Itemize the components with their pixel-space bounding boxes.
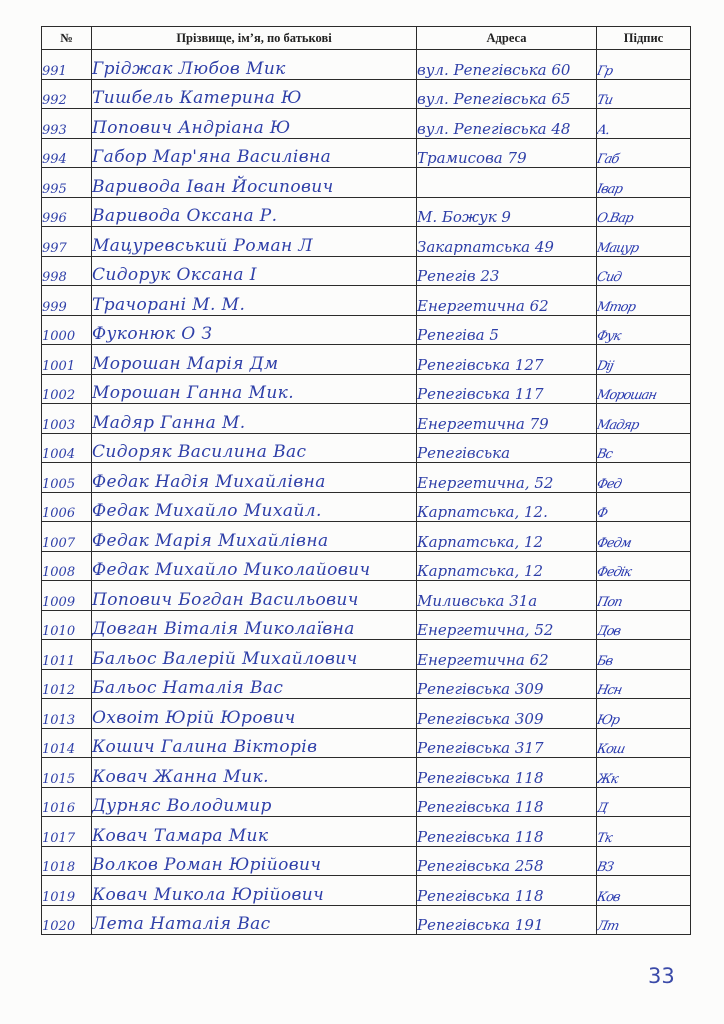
row-full-name: Ковач Микола Юрійович <box>92 876 417 906</box>
table-row: 997Мацуревський Роман ЛЗакарпатська 49Ма… <box>42 227 691 257</box>
row-full-name: Охвоіт Юрій Юрович <box>92 699 417 729</box>
handwritten-signature: Сид <box>597 270 623 285</box>
row-full-name: Бальос Валерій Михайлович <box>92 640 417 670</box>
handwritten-signature: Бв <box>597 654 614 669</box>
row-number: 1009 <box>42 581 92 611</box>
table-row: 995Варивода Іван ЙосиповичІвар <box>42 168 691 198</box>
row-signature: Мадяр <box>597 404 691 434</box>
table-row: 1000Фуконюк О ЗРепегіва 5Фук <box>42 315 691 345</box>
row-signature: А. <box>597 109 691 139</box>
header-signature: Підпис <box>597 27 691 50</box>
row-signature: Жк <box>597 758 691 788</box>
row-full-name: Морошан Марія Дм <box>92 345 417 375</box>
row-full-name: Габор Мар'яна Василівна <box>92 138 417 168</box>
table-row: 1016Дурняс ВолодимирРепегівська 118Д <box>42 787 691 817</box>
handwritten-signature: Федік <box>597 565 633 580</box>
row-signature: ВЗ <box>597 846 691 876</box>
signature-table: № Прізвище, ім’я, по батькові Адреса Під… <box>41 26 691 935</box>
handwritten-signature: Гр <box>597 64 614 79</box>
handwritten-signature: Вс <box>597 447 614 462</box>
table-row: 1005Федак Надія МихайлівнаЕнергетична, 5… <box>42 463 691 493</box>
row-number: 999 <box>42 286 92 316</box>
handwritten-signature: Поп <box>597 595 624 610</box>
row-full-name: Мацуревський Роман Л <box>92 227 417 257</box>
row-address: Закарпатська 49 <box>417 227 597 257</box>
row-signature: Вс <box>597 433 691 463</box>
table-row: 1011Бальос Валерій МихайловичЕнергетична… <box>42 640 691 670</box>
row-signature: Д <box>597 787 691 817</box>
table-row: 1002Морошан Ганна Мик.Репегівська 117Мор… <box>42 374 691 404</box>
row-address: Репегівська 309 <box>417 699 597 729</box>
handwritten-signature: Івар <box>597 182 624 197</box>
row-signature: Сид <box>597 256 691 286</box>
handwritten-signature: Мтор <box>597 300 637 315</box>
row-number: 1020 <box>42 905 92 935</box>
row-address: Репегівська 118 <box>417 787 597 817</box>
row-number: 1012 <box>42 669 92 699</box>
row-signature: Ти <box>597 79 691 109</box>
row-full-name: Варивода Іван Йосипович <box>92 168 417 198</box>
row-number: 1015 <box>42 758 92 788</box>
row-full-name: Гріджак Любов Мик <box>92 50 417 80</box>
row-signature: Нсн <box>597 669 691 699</box>
table-row: 1007Федак Марія МихайлівнаКарпатська, 12… <box>42 522 691 552</box>
handwritten-signature: А. <box>597 123 611 138</box>
row-number: 1018 <box>42 846 92 876</box>
handwritten-signature: Фед <box>597 477 623 492</box>
handwritten-signature: Кош <box>597 742 626 757</box>
table-row: 1008Федак Михайло МиколайовичКарпатська,… <box>42 551 691 581</box>
row-address: Репегівська 309 <box>417 669 597 699</box>
handwritten-signature: Федм <box>597 536 633 551</box>
row-signature: О.Вар <box>597 197 691 227</box>
table-row: 1019Ковач Микола ЮрійовичРепегівська 118… <box>42 876 691 906</box>
row-signature: Морошан <box>597 374 691 404</box>
table-row: 996Варивода Оксана Р.М. Божук 9О.Вар <box>42 197 691 227</box>
row-signature: Фук <box>597 315 691 345</box>
table-row: 1014Кошич Галина ВікторівРепегівська 317… <box>42 728 691 758</box>
row-number: 991 <box>42 50 92 80</box>
table-row: 1009Попович Богдан ВасильовичМиливська 3… <box>42 581 691 611</box>
row-number: 996 <box>42 197 92 227</box>
row-address: Репегівська 258 <box>417 846 597 876</box>
row-full-name: Морошан Ганна Мик. <box>92 374 417 404</box>
row-address: Репегіва 5 <box>417 315 597 345</box>
row-full-name: Трачорані М. М. <box>92 286 417 316</box>
table-row: 1013Охвоіт Юрій ЮровичРепегівська 309Юр <box>42 699 691 729</box>
row-address: Репегівська 118 <box>417 876 597 906</box>
handwritten-signature: Мацур <box>597 241 640 256</box>
row-full-name: Бальос Наталія Вас <box>92 669 417 699</box>
table-row: 1001Морошан Марія ДмРепегівська 127Dij <box>42 345 691 375</box>
row-signature: Тк <box>597 817 691 847</box>
row-number: 1010 <box>42 610 92 640</box>
row-number: 1011 <box>42 640 92 670</box>
row-number: 1003 <box>42 404 92 434</box>
row-address: Репегівська 118 <box>417 758 597 788</box>
row-address: Репегів 23 <box>417 256 597 286</box>
row-full-name: Ковач Тамара Мик <box>92 817 417 847</box>
row-address: вул. Репегівська 60 <box>417 50 597 80</box>
table-row: 1015Ковач Жанна Мик.Репегівська 118Жк <box>42 758 691 788</box>
row-signature: Ков <box>597 876 691 906</box>
table-row: 1010Довган Віталія МиколаївнаЕнергетична… <box>42 610 691 640</box>
row-signature: Габ <box>597 138 691 168</box>
row-number: 995 <box>42 168 92 198</box>
handwritten-signature: Фук <box>597 329 622 344</box>
row-address: Енергетична 79 <box>417 404 597 434</box>
row-number: 1002 <box>42 374 92 404</box>
handwritten-signature: Лт <box>597 919 620 934</box>
handwritten-signature: Морошан <box>597 388 658 403</box>
row-signature: Івар <box>597 168 691 198</box>
row-signature: Федм <box>597 522 691 552</box>
row-full-name: Сидорук Оксана І <box>92 256 417 286</box>
row-address: Трамисова 79 <box>417 138 597 168</box>
row-signature: Бв <box>597 640 691 670</box>
row-number: 1005 <box>42 463 92 493</box>
row-address: Репегівська 118 <box>417 817 597 847</box>
handwritten-signature: Дов <box>597 624 622 639</box>
row-full-name: Федак Михайло Михайл. <box>92 492 417 522</box>
handwritten-signature: Ков <box>597 890 622 905</box>
row-address: Репегівська 317 <box>417 728 597 758</box>
row-number: 1017 <box>42 817 92 847</box>
row-address: Репегівська <box>417 433 597 463</box>
row-address <box>417 168 597 198</box>
row-full-name: Федак Надія Михайлівна <box>92 463 417 493</box>
row-number: 1014 <box>42 728 92 758</box>
table-row: 991Гріджак Любов Миквул. Репегівська 60Г… <box>42 50 691 80</box>
table-row: 1017Ковач Тамара МикРепегівська 118Тк <box>42 817 691 847</box>
page-number: 33 <box>648 964 675 988</box>
handwritten-signature: Габ <box>597 152 620 167</box>
row-signature: Юр <box>597 699 691 729</box>
table-row: 993Попович Андріана Ювул. Репегівська 48… <box>42 109 691 139</box>
row-address: Енергетична 62 <box>417 286 597 316</box>
row-signature: Федік <box>597 551 691 581</box>
table-row: 992Тишбель Катерина Ювул. Репегівська 65… <box>42 79 691 109</box>
handwritten-signature: Д <box>597 801 609 816</box>
header-number: № <box>42 27 92 50</box>
row-full-name: Мадяр Ганна М. <box>92 404 417 434</box>
row-address: Репегівська 117 <box>417 374 597 404</box>
handwritten-signature: Ф <box>597 506 609 521</box>
handwritten-signature: Мадяр <box>597 418 640 433</box>
row-signature: Мтор <box>597 286 691 316</box>
row-address: Репегівська 191 <box>417 905 597 935</box>
row-signature: Dij <box>597 345 691 375</box>
row-number: 998 <box>42 256 92 286</box>
row-address: Енергетична 62 <box>417 640 597 670</box>
handwritten-signature: Тк <box>597 831 614 846</box>
row-full-name: Кошич Галина Вікторів <box>92 728 417 758</box>
row-signature: Гр <box>597 50 691 80</box>
table-row: 1004Сидоряк Василина ВасРепегівськаВс <box>42 433 691 463</box>
row-number: 1004 <box>42 433 92 463</box>
row-full-name: Дурняс Володимир <box>92 787 417 817</box>
table-body: 991Гріджак Любов Миквул. Репегівська 60Г… <box>42 50 691 935</box>
row-full-name: Федак Михайло Миколайович <box>92 551 417 581</box>
row-address: Карпатська, 12. <box>417 492 597 522</box>
row-address: вул. Репегівська 48 <box>417 109 597 139</box>
row-signature: Фед <box>597 463 691 493</box>
document-page: № Прізвище, ім’я, по батькові Адреса Під… <box>0 0 724 1024</box>
table-row: 1018Волков Роман ЮрійовичРепегівська 258… <box>42 846 691 876</box>
row-full-name: Лета Наталія Вас <box>92 905 417 935</box>
row-address: Енергетична, 52 <box>417 610 597 640</box>
row-signature: Ф <box>597 492 691 522</box>
row-address: Енергетична, 52 <box>417 463 597 493</box>
table-header-row: № Прізвище, ім’я, по батькові Адреса Під… <box>42 27 691 50</box>
row-full-name: Довган Віталія Миколаївна <box>92 610 417 640</box>
row-signature: Дов <box>597 610 691 640</box>
table-row: 994Габор Мар'яна ВасилівнаТрамисова 79Га… <box>42 138 691 168</box>
table-row: 1020Лета Наталія ВасРепегівська 191Лт <box>42 905 691 935</box>
row-number: 1006 <box>42 492 92 522</box>
handwritten-signature: Dij <box>597 359 615 374</box>
row-full-name: Фуконюк О З <box>92 315 417 345</box>
handwritten-signature: Нсн <box>597 683 623 698</box>
row-full-name: Попович Богдан Васильович <box>92 581 417 611</box>
header-address: Адреса <box>417 27 597 50</box>
table-row: 1006Федак Михайло Михайл.Карпатська, 12.… <box>42 492 691 522</box>
table-row: 999Трачорані М. М.Енергетична 62Мтор <box>42 286 691 316</box>
row-number: 1013 <box>42 699 92 729</box>
row-signature: Кош <box>597 728 691 758</box>
row-address: Карпатська, 12 <box>417 522 597 552</box>
row-number: 1007 <box>42 522 92 552</box>
table-row: 998Сидорук Оксана ІРепегів 23Сид <box>42 256 691 286</box>
handwritten-signature: Ти <box>597 93 614 108</box>
handwritten-signature: О.Вар <box>597 211 635 226</box>
row-number: 993 <box>42 109 92 139</box>
row-address: Карпатська, 12 <box>417 551 597 581</box>
row-number: 992 <box>42 79 92 109</box>
row-full-name: Федак Марія Михайлівна <box>92 522 417 552</box>
row-number: 1016 <box>42 787 92 817</box>
handwritten-signature: ВЗ <box>597 860 615 875</box>
row-full-name: Тишбель Катерина Ю <box>92 79 417 109</box>
row-number: 994 <box>42 138 92 168</box>
row-number: 1000 <box>42 315 92 345</box>
row-signature: Лт <box>597 905 691 935</box>
row-full-name: Ковач Жанна Мик. <box>92 758 417 788</box>
row-full-name: Волков Роман Юрійович <box>92 846 417 876</box>
row-full-name: Попович Андріана Ю <box>92 109 417 139</box>
row-full-name: Сидоряк Василина Вас <box>92 433 417 463</box>
handwritten-signature: Юр <box>597 713 621 728</box>
table-row: 1012Бальос Наталія ВасРепегівська 309Нсн <box>42 669 691 699</box>
row-address: М. Божук 9 <box>417 197 597 227</box>
row-address: вул. Репегівська 65 <box>417 79 597 109</box>
table-row: 1003Мадяр Ганна М.Енергетична 79Мадяр <box>42 404 691 434</box>
row-number: 1001 <box>42 345 92 375</box>
row-number: 1008 <box>42 551 92 581</box>
row-signature: Поп <box>597 581 691 611</box>
row-address: Репегівська 127 <box>417 345 597 375</box>
row-signature: Мацур <box>597 227 691 257</box>
row-full-name: Варивода Оксана Р. <box>92 197 417 227</box>
row-number: 1019 <box>42 876 92 906</box>
header-full-name: Прізвище, ім’я, по батькові <box>92 27 417 50</box>
row-number: 997 <box>42 227 92 257</box>
row-address: Миливська 31а <box>417 581 597 611</box>
handwritten-signature: Жк <box>597 772 619 787</box>
